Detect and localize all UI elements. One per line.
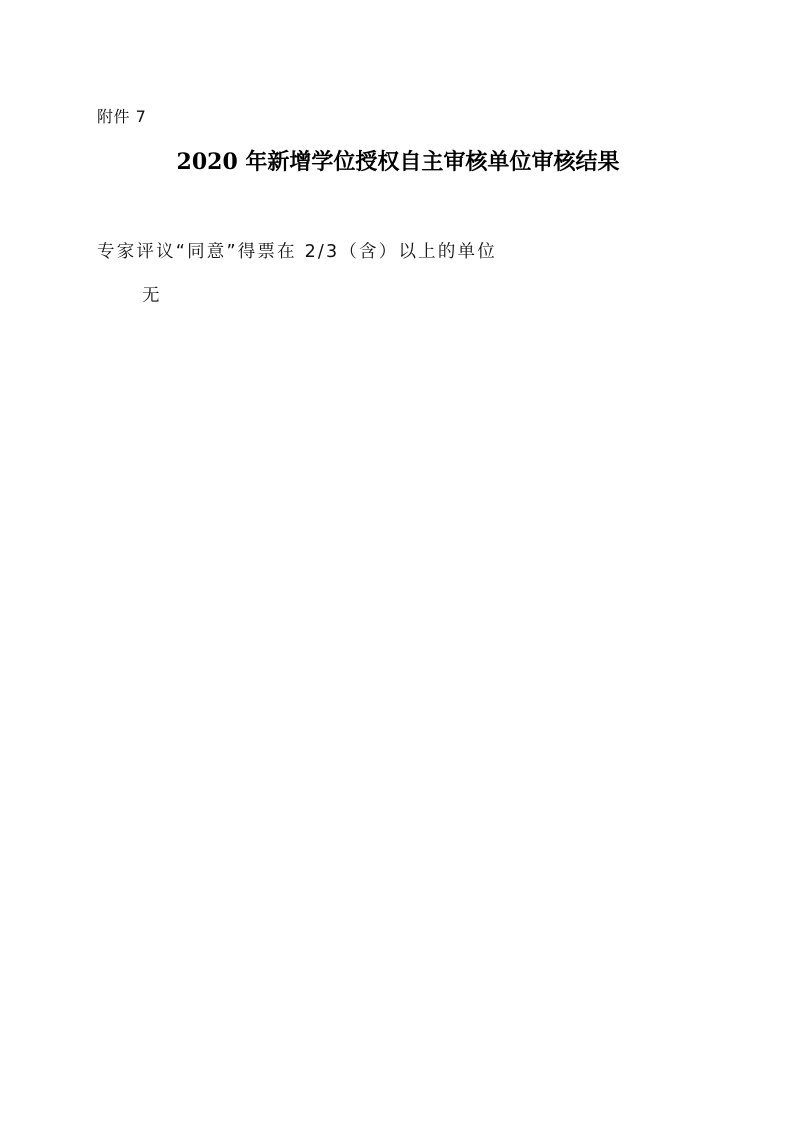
section-heading: 专家评议“同意”得票在 2/3（含）以上的单位 [97, 240, 497, 264]
document-page: 附件 7 2020 年新增学位授权自主审核单位审核结果 专家评议“同意”得票在 … [0, 0, 793, 1121]
page-title: 2020 年新增学位授权自主审核单位审核结果 [0, 148, 793, 176]
section-body: 无 [142, 284, 160, 308]
attachment-label: 附件 7 [97, 107, 146, 127]
